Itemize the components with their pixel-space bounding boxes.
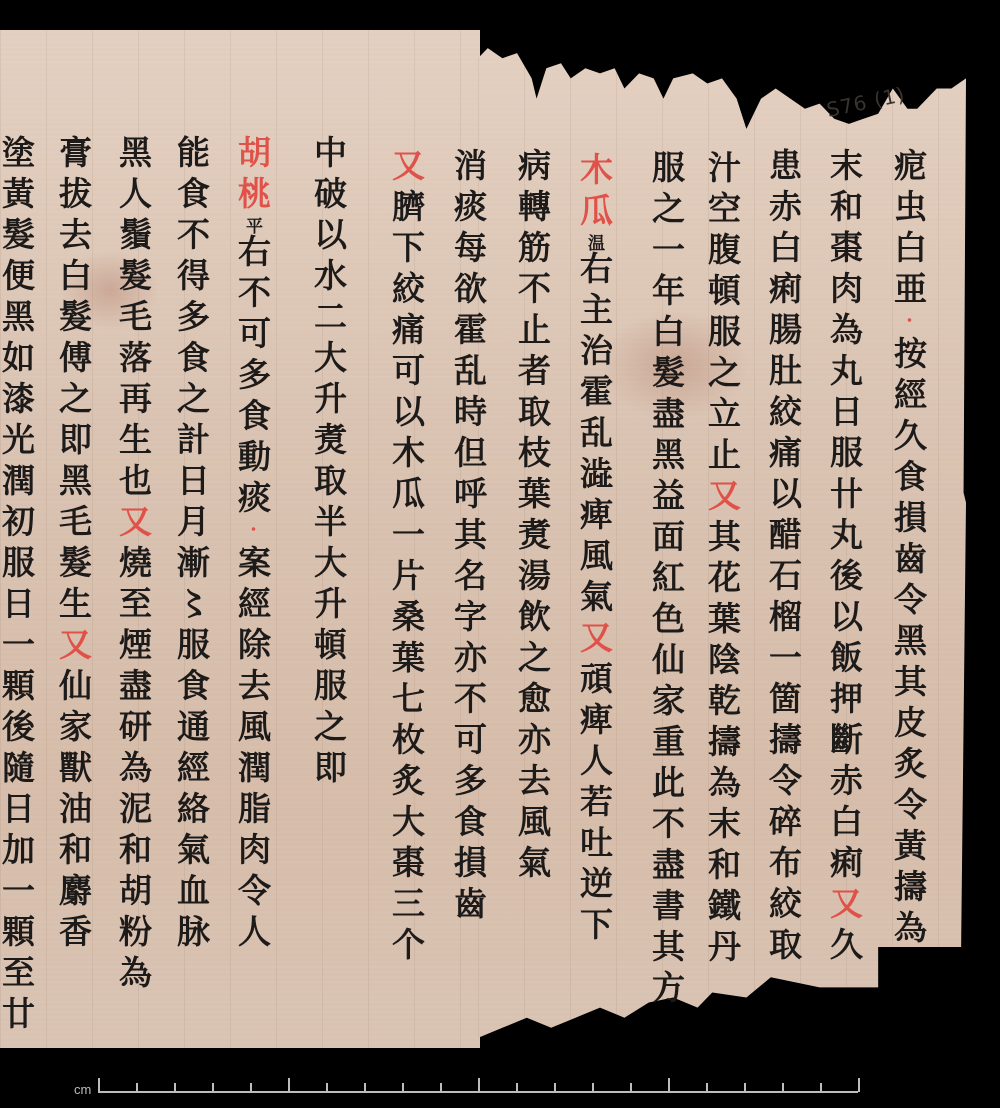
text-segment: 患赤白痢腸肚絞痛以醋石榴一箇擣令碎布絞取 <box>764 148 803 968</box>
text-segment: 末和棗肉為丸日服卄丸後以飯押斷赤白痢 <box>825 148 864 886</box>
text-segment: 膏拔去白髮傅之即黑毛髮生 <box>54 135 93 627</box>
ruler-minor-tick <box>402 1083 404 1092</box>
text-column: 末和棗肉為丸日服卄丸後以飯押斷赤白痢又久 <box>828 148 861 968</box>
text-column: 服之一年白髮盡黑益面紅色仙家重此不盡書其方 <box>650 150 683 1011</box>
text-segment: 塗黃髮便黑如漆光潤初服日一顆後隨日加一顆至廿 <box>0 135 36 1037</box>
rubric-heading: 胡桃 <box>233 135 272 217</box>
text-segment: 消痰每欲霍乱時但呼其名字亦不可多食損齒 <box>449 148 488 927</box>
rubric-dot: ・ <box>243 521 262 545</box>
text-column: 汁空腹頓服之立止又其花葉陰乾擣為末和鐵丹 <box>706 150 739 970</box>
text-segment: 黑人鬚髮毛落再生也 <box>114 135 153 504</box>
text-segment: 臍下絞痛可以木瓜一片桑葉七枚炙大棗三个 <box>387 189 426 968</box>
text-segment: 平 <box>242 217 262 234</box>
text-segment: 仙家獸油和麝香 <box>54 668 93 955</box>
ruler-minor-tick <box>516 1083 518 1092</box>
ruler-major-tick <box>98 1078 100 1092</box>
ruler-minor-tick <box>174 1083 176 1092</box>
rubric-heading: 木瓜 <box>575 152 614 234</box>
ruler-major-tick <box>288 1078 290 1092</box>
text-segment: 案經除去風潤脂肉令人 <box>233 545 272 955</box>
text-segment: 汁空腹頓服之立止 <box>703 150 742 478</box>
text-segment: 服之一年白髮盡黑益面紅色仙家重此不盡書其方 <box>647 150 686 1011</box>
text-segment: 按經久食損齒令黑其皮炙令黃擣為 <box>889 336 928 951</box>
text-segment: 右不可多食動痰 <box>233 234 272 521</box>
ruler-major-tick <box>668 1078 670 1092</box>
text-column: 木瓜温右主治霍乱澁痺風氣又頑痺人若吐逆下 <box>578 152 611 948</box>
ruler-minor-tick <box>326 1083 328 1092</box>
text-segment: 痆虫白亜 <box>889 148 928 312</box>
ruler-major-tick <box>858 1078 860 1092</box>
rubric-heading: 又 <box>825 886 864 927</box>
rubric-dot: ・ <box>899 312 918 336</box>
text-segment: 温 <box>584 234 604 251</box>
rubric-heading: 又 <box>575 620 614 661</box>
ruler-minor-tick <box>782 1083 784 1092</box>
text-column: 病轉筋不止者取枝葉煑湯飲之愈亦去風氣 <box>516 148 549 886</box>
text-column: 塗黃髮便黑如漆光潤初服日一顆後隨日加一顆至廿 <box>0 135 33 1037</box>
ruler-minor-tick <box>744 1083 746 1092</box>
text-column: 能食不得多食之計日月漸〻服食通經絡氣血脉 <box>175 135 208 955</box>
ruler-minor-tick <box>630 1083 632 1092</box>
text-column: 患赤白痢腸肚絞痛以醋石榴一箇擣令碎布絞取 <box>767 148 800 968</box>
text-segment: 久 <box>825 927 864 968</box>
text-column: 黑人鬚髮毛落再生也又燒至煙盡研為泥和胡粉為 <box>117 135 150 996</box>
ruler-minor-tick <box>706 1083 708 1092</box>
text-column: 胡桃平右不可多食動痰・案經除去風潤脂肉令人 <box>236 135 269 955</box>
ruler-unit-label: cm <box>74 1082 91 1097</box>
ruler-minor-tick <box>592 1083 594 1092</box>
ruler-minor-tick <box>820 1083 822 1092</box>
ruler-minor-tick <box>554 1083 556 1092</box>
text-segment: 頑痺人若吐逆下 <box>575 661 614 948</box>
text-segment: 右主治霍乱澁痺風氣 <box>575 251 614 620</box>
ruler-minor-tick <box>364 1083 366 1092</box>
text-segment: 燒至煙盡研為泥和胡粉為 <box>114 545 153 996</box>
ruler-minor-tick <box>440 1083 442 1092</box>
rubric-heading: 又 <box>387 148 426 189</box>
text-column: 痆虫白亜・按經久食損齒令黑其皮炙令黃擣為 <box>892 148 925 951</box>
text-segment: 病轉筋不止者取枝葉煑湯飲之愈亦去風氣 <box>513 148 552 886</box>
text-segment: 其花葉陰乾擣為末和鐵丹 <box>703 519 742 970</box>
rubric-heading: 又 <box>54 627 93 668</box>
text-segment: 中破以水二大升煑取半大升頓服之即 <box>309 135 348 791</box>
ruler-minor-tick <box>212 1083 214 1092</box>
text-segment: 能食不得多食之計日月漸〻服食通經絡氣血脉 <box>172 135 211 955</box>
scale-ruler: cm <box>74 1072 874 1108</box>
ruler-minor-tick <box>136 1083 138 1092</box>
ruler-minor-tick <box>250 1083 252 1092</box>
text-column: 消痰每欲霍乱時但呼其名字亦不可多食損齒 <box>452 148 485 927</box>
rubric-heading: 又 <box>114 504 153 545</box>
ruler-major-tick <box>478 1078 480 1092</box>
text-column: 又臍下絞痛可以木瓜一片桑葉七枚炙大棗三个 <box>390 148 423 968</box>
text-column: 中破以水二大升煑取半大升頓服之即 <box>312 135 345 791</box>
manuscript-photo: S76 (1) 痆虫白亜・按經久食損齒令黑其皮炙令黃擣為末和棗肉為丸日服卄丸後以… <box>0 0 1000 1108</box>
rubric-heading: 又 <box>703 478 742 519</box>
text-column: 膏拔去白髮傅之即黑毛髮生又仙家獸油和麝香 <box>57 135 90 955</box>
